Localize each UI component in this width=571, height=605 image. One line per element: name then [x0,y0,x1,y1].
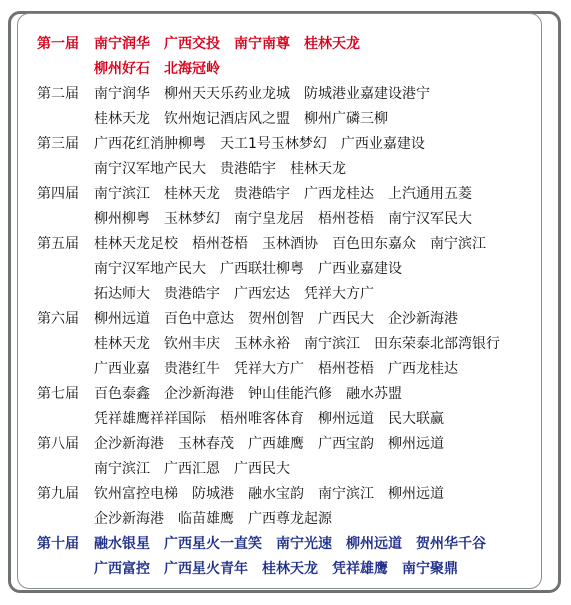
team-name: 南宁滨江 [94,182,150,207]
team-name: 广西星火青年 [164,557,248,582]
season-row: 第五届桂林天龙足校梧州苍梧玉林酒协百色田东嘉众南宁滨江南宁汉军地产民大广西联壮柳… [37,232,537,307]
team-name: 柳州远道 [388,482,444,507]
team-name: 民大联赢 [388,407,444,432]
team-line: 南宁滨江广西汇恩广西民大 [94,457,444,482]
season-row: 第三届广西花红消肿柳粤天工1号玉林梦幻广西业嘉建设南宁汉军地产民大贵港皓宇桂林天… [37,132,537,182]
team-name: 柳州远道 [388,432,444,457]
team-list: 广西花红消肿柳粤天工1号玉林梦幻广西业嘉建设南宁汉军地产民大贵港皓宇桂林天龙 [94,132,425,182]
team-name: 南宁汉军地产民大 [94,157,206,182]
season-label: 第三届 [37,132,94,157]
team-name: 钦州炮记酒店风之盟 [164,107,290,132]
team-name: 百色泰鑫 [94,382,150,407]
team-name: 凭祥雄鹰 [332,557,388,582]
team-name: 贵港皓宇 [164,282,220,307]
team-name: 企沙新海港 [94,507,164,532]
team-name: 贵港红牛 [164,357,220,382]
team-name: 企沙新海港 [164,382,234,407]
team-name: 桂林天龙足校 [94,232,178,257]
season-label: 第四届 [37,182,94,207]
team-list: 钦州富控电梯防城港融水宝韵南宁滨江柳州远道企沙新海港临苗雄鹰广西尊龙起源 [94,482,444,532]
team-name: 广西龙桂达 [388,357,458,382]
team-line: 百色泰鑫企沙新海港钟山佳能汽修融水苏盟 [94,382,444,407]
team-name: 桂林天龙 [304,32,360,57]
team-line: 广西富控广西星火青年桂林天龙凭祥雄鹰南宁聚鼎 [94,557,486,582]
season-row: 第九届钦州富控电梯防城港融水宝韵南宁滨江柳州远道企沙新海港临苗雄鹰广西尊龙起源 [37,482,537,532]
team-name: 融水银星 [94,532,150,557]
team-name: 广西尊龙起源 [248,507,332,532]
team-name: 梧州苍梧 [192,232,248,257]
team-name: 桂林天龙 [290,157,346,182]
team-line: 融水银星广西星火一直笑南宁光速柳州远道贺州华千谷 [94,532,486,557]
team-name: 贵港皓宇 [234,182,290,207]
team-line: 桂林天龙钦州丰庆玉林永裕南宁滨江田东荣泰北部湾银行 [94,332,500,357]
season-label: 第十届 [37,532,94,557]
team-name: 柳州柳粤 [94,207,150,232]
season-label: 第二届 [37,82,94,107]
team-name: 防城港 [192,482,234,507]
team-name: 广西交投 [164,32,220,57]
team-name: 融水苏盟 [346,382,402,407]
team-list: 百色泰鑫企沙新海港钟山佳能汽修融水苏盟凭祥雄鹰祥祥国际梧州唯客体育柳州远道民大联… [94,382,444,432]
team-name: 柳州远道 [94,307,150,332]
team-name: 柳州天天乐药业龙城 [164,82,290,107]
season-label: 第六届 [37,307,94,332]
season-label: 第一届 [37,32,94,57]
team-name: 玉林春茂 [178,432,234,457]
team-name: 百色田东嘉众 [332,232,416,257]
team-name: 广西业嘉建设 [341,132,425,157]
team-name: 广西业嘉建设 [318,257,402,282]
team-name: 广西宝韵 [318,432,374,457]
team-name: 田东荣泰北部湾银行 [374,332,500,357]
team-line: 南宁汉军地产民大广西联壮柳粤广西业嘉建设 [94,257,486,282]
team-name: 融水宝韵 [248,482,304,507]
team-name: 钟山佳能汽修 [248,382,332,407]
season-row: 第六届柳州远道百色中意达贺州创智广西民大企沙新海港桂林天龙钦州丰庆玉林永裕南宁滨… [37,307,537,382]
team-name: 柳州好石 [94,57,150,82]
team-name: 桂林天龙 [164,182,220,207]
team-name: 南宁滨江 [94,457,150,482]
team-name: 天工1号玉林梦幻 [220,132,327,157]
team-name: 梧州唯客体育 [220,407,304,432]
team-name: 南宁聚鼎 [402,557,458,582]
team-line: 桂林天龙钦州炮记酒店风之盟柳州广磷三柳 [94,107,430,132]
team-name: 北海冠岭 [164,57,220,82]
team-name: 玉林酒协 [262,232,318,257]
season-list: 第一届南宁润华广西交投南宁南尊桂林天龙柳州好石北海冠岭第二届南宁润华柳州天天乐药… [37,32,537,582]
team-name: 南宁汉军地产民大 [94,257,206,282]
team-name: 南宁光速 [276,532,332,557]
team-name: 贺州华千谷 [416,532,486,557]
team-name: 桂林天龙 [262,557,318,582]
team-line: 钦州富控电梯防城港融水宝韵南宁滨江柳州远道 [94,482,444,507]
team-name: 贵港皓宇 [220,157,276,182]
team-name: 桂林天龙 [94,332,150,357]
team-name: 广西雄鹰 [248,432,304,457]
team-line: 拓达师大贵港皓宇广西宏达凭祥大方广 [94,282,486,307]
team-list: 桂林天龙足校梧州苍梧玉林酒协百色田东嘉众南宁滨江南宁汉军地产民大广西联壮柳粤广西… [94,232,486,307]
team-name: 梧州苍梧 [318,207,374,232]
team-name: 南宁汉军民大 [388,207,472,232]
team-line: 南宁润华柳州天天乐药业龙城防城港业嘉建设港宁 [94,82,430,107]
season-row: 第八届企沙新海港玉林春茂广西雄鹰广西宝韵柳州远道南宁滨江广西汇恩广西民大 [37,432,537,482]
team-name: 凭祥大方广 [234,357,304,382]
season-label: 第七届 [37,382,94,407]
team-line: 南宁润华广西交投南宁南尊桂林天龙 [94,32,360,57]
team-line: 桂林天龙足校梧州苍梧玉林酒协百色田东嘉众南宁滨江 [94,232,486,257]
team-name: 南宁皇龙居 [234,207,304,232]
season-label: 第九届 [37,482,94,507]
team-name: 梧州苍梧 [318,357,374,382]
team-line: 南宁汉军地产民大贵港皓宇桂林天龙 [94,157,425,182]
season-row: 第二届南宁润华柳州天天乐药业龙城防城港业嘉建设港宁桂林天龙钦州炮记酒店风之盟柳州… [37,82,537,132]
team-line: 广西花红消肿柳粤天工1号玉林梦幻广西业嘉建设 [94,132,425,157]
team-name: 玉林永裕 [234,332,290,357]
season-label: 第五届 [37,232,94,257]
team-name: 南宁滨江 [318,482,374,507]
team-name: 南宁南尊 [234,32,290,57]
team-name: 南宁滨江 [430,232,486,257]
team-name: 南宁润华 [94,82,150,107]
team-line: 企沙新海港临苗雄鹰广西尊龙起源 [94,507,444,532]
team-name: 桂林天龙 [94,107,150,132]
team-list: 企沙新海港玉林春茂广西雄鹰广西宝韵柳州远道南宁滨江广西汇恩广西民大 [94,432,444,482]
team-name: 柳州远道 [346,532,402,557]
team-name: 凭祥雄鹰祥祥国际 [94,407,206,432]
team-name: 钦州丰庆 [164,332,220,357]
team-name: 南宁润华 [94,32,150,57]
season-row: 第七届百色泰鑫企沙新海港钟山佳能汽修融水苏盟凭祥雄鹰祥祥国际梧州唯客体育柳州远道… [37,382,537,432]
team-line: 柳州远道百色中意达贺州创智广西民大企沙新海港 [94,307,500,332]
team-name: 广西民大 [318,307,374,332]
team-list: 南宁润华柳州天天乐药业龙城防城港业嘉建设港宁桂林天龙钦州炮记酒店风之盟柳州广磷三… [94,82,430,132]
team-line: 企沙新海港玉林春茂广西雄鹰广西宝韵柳州远道 [94,432,444,457]
team-name: 临苗雄鹰 [178,507,234,532]
team-name: 广西宏达 [234,282,290,307]
team-name: 南宁滨江 [304,332,360,357]
team-name: 广西龙桂达 [304,182,374,207]
team-name: 广西联壮柳粤 [220,257,304,282]
team-name: 广西汇恩 [164,457,220,482]
team-name: 广西富控 [94,557,150,582]
team-name: 柳州远道 [318,407,374,432]
team-line: 广西业嘉贵港红牛凭祥大方广梧州苍梧广西龙桂达 [94,357,500,382]
team-list: 南宁滨江桂林天龙贵港皓宇广西龙桂达上汽通用五菱柳州柳粤玉林梦幻南宁皇龙居梧州苍梧… [94,182,472,232]
team-line: 南宁滨江桂林天龙贵港皓宇广西龙桂达上汽通用五菱 [94,182,472,207]
team-name: 防城港业嘉建设港宁 [304,82,430,107]
team-line: 柳州好石北海冠岭 [94,57,360,82]
team-name: 百色中意达 [164,307,234,332]
team-name: 广西花红消肿柳粤 [94,132,206,157]
team-name: 广西业嘉 [94,357,150,382]
team-name: 钦州富控电梯 [94,482,178,507]
team-line: 柳州柳粤玉林梦幻南宁皇龙居梧州苍梧南宁汉军民大 [94,207,472,232]
team-name: 广西民大 [234,457,290,482]
team-list: 柳州远道百色中意达贺州创智广西民大企沙新海港桂林天龙钦州丰庆玉林永裕南宁滨江田东… [94,307,500,382]
season-row: 第四届南宁滨江桂林天龙贵港皓宇广西龙桂达上汽通用五菱柳州柳粤玉林梦幻南宁皇龙居梧… [37,182,537,232]
team-line: 凭祥雄鹰祥祥国际梧州唯客体育柳州远道民大联赢 [94,407,444,432]
team-list: 融水银星广西星火一直笑南宁光速柳州远道贺州华千谷广西富控广西星火青年桂林天龙凭祥… [94,532,486,582]
team-name: 企沙新海港 [94,432,164,457]
team-name: 企沙新海港 [388,307,458,332]
team-list: 南宁润华广西交投南宁南尊桂林天龙柳州好石北海冠岭 [94,32,360,82]
team-name: 广西星火一直笑 [164,532,262,557]
season-row: 第十届融水银星广西星火一直笑南宁光速柳州远道贺州华千谷广西富控广西星火青年桂林天… [37,532,537,582]
season-row: 第一届南宁润华广西交投南宁南尊桂林天龙柳州好石北海冠岭 [37,32,537,82]
season-label: 第八届 [37,432,94,457]
team-name: 上汽通用五菱 [388,182,472,207]
team-name: 玉林梦幻 [164,207,220,232]
team-name: 拓达师大 [94,282,150,307]
team-name: 凭祥大方广 [304,282,374,307]
team-name: 柳州广磷三柳 [304,107,388,132]
team-name: 贺州创智 [248,307,304,332]
